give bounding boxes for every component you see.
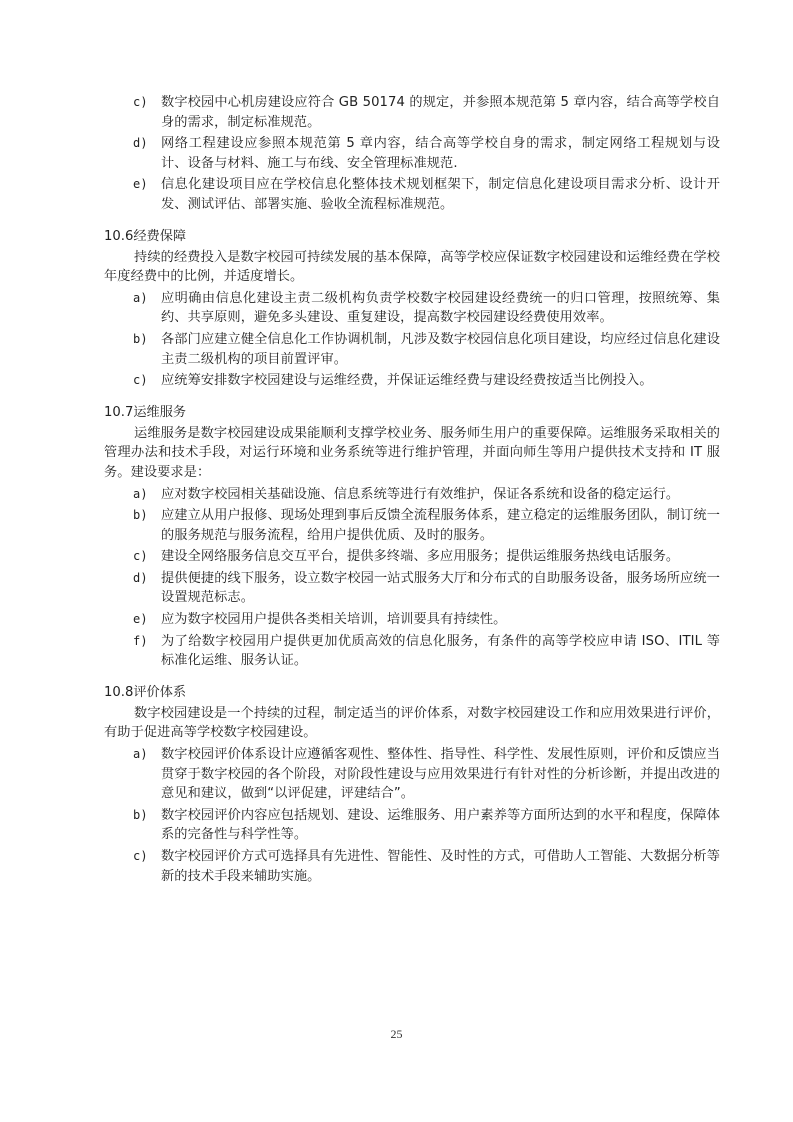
list-marker: a) — [133, 289, 148, 309]
list-item-text: 建设全网络服务信息交互平台，提供多终端、多应用服务；提供运维服务热线电话服务。 — [161, 549, 679, 564]
list-marker: b) — [133, 330, 148, 350]
list-marker: b) — [133, 506, 148, 526]
list-item-text: 应统筹安排数字校园建设与运维经费，并保证运维经费与建设经费按适当比例投入。 — [161, 373, 653, 388]
list-item: d) 提供便捷的线下服务，设立数字校园一站式服务大厅和分布式的自助服务设备，服务… — [104, 569, 720, 608]
section-heading: 10.6经费保障 — [104, 227, 720, 247]
list-item-text: 应建立从用户报修、现场处理到事后反馈全流程服务体系，建立稳定的运维服务团队，制订… — [161, 508, 720, 543]
list-marker: a) — [133, 485, 148, 505]
list-item-text: 数字校园评价方式可选择具有先进性、智能性、及时性的方式，可借助人工智能、大数据分… — [161, 849, 720, 884]
list-item: a) 应对数字校园相关基础设施、信息系统等进行有效维护，保证各系统和设备的稳定运… — [104, 485, 720, 505]
list-item-text: 提供便捷的线下服务，设立数字校园一站式服务大厅和分布式的自助服务设备，服务场所应… — [161, 571, 720, 606]
list-marker: c) — [133, 847, 148, 867]
list-item-text: 信息化建设项目应在学校信息化整体技术规划框架下，制定信息化建设项目需求分析、设计… — [161, 177, 720, 212]
list-item: b) 各部门应建立健全信息化工作协调机制，凡涉及数字校园信息化项目建设，均应经过… — [104, 330, 720, 369]
list-marker: e) — [133, 175, 148, 195]
list-marker: e) — [133, 610, 148, 630]
list-item-text: 为了给数字校园用户提供更加优质高效的信息化服务，有条件的高等学校应申请 ISO、… — [161, 634, 720, 669]
list-marker: b) — [133, 806, 148, 826]
list-item: c) 数字校园中心机房建设应符合 GB 50174 的规定，并参照本规范第 5 … — [104, 93, 720, 132]
list-marker: c) — [133, 547, 148, 567]
list-item-text: 应为数字校园用户提供各类相关培训，培训要具有持续性。 — [161, 612, 506, 627]
section-operations: 10.7运维服务 运维服务是数字校园建设成果能顺利支撑学校业务、服务师生用户的重… — [104, 403, 720, 671]
list-item: d) 网络工程建设应参照本规范第 5 章内容，结合高等学校自身的需求，制定网络工… — [104, 134, 720, 173]
list-marker: d) — [133, 569, 148, 589]
list-item-text: 数字校园评价内容应包括规划、建设、运维服务、用户素养等方面所达到的水平和程度，保… — [161, 808, 720, 843]
list-item-text: 数字校园中心机房建设应符合 GB 50174 的规定，并参照本规范第 5 章内容… — [161, 95, 720, 130]
section-heading: 10.8评价体系 — [104, 683, 720, 703]
list-item: c) 建设全网络服务信息交互平台，提供多终端、多应用服务；提供运维服务热线电话服… — [104, 547, 720, 567]
list-item: c) 应统筹安排数字校园建设与运维经费，并保证运维经费与建设经费按适当比例投入。 — [104, 371, 720, 391]
section-evaluation: 10.8评价体系 数字校园建设是一个持续的过程，制定适当的评价体系，对数字校园建… — [104, 683, 720, 886]
list-item: e) 应为数字校园用户提供各类相关培训，培训要具有持续性。 — [104, 610, 720, 630]
list-item: b) 数字校园评价内容应包括规划、建设、运维服务、用户素养等方面所达到的水平和程… — [104, 806, 720, 845]
list-item: e) 信息化建设项目应在学校信息化整体技术规划框架下，制定信息化建设项目需求分析… — [104, 175, 720, 214]
list-marker: f) — [133, 632, 148, 652]
list-item: f) 为了给数字校园用户提供更加优质高效的信息化服务，有条件的高等学校应申请 I… — [104, 632, 720, 671]
page-number: 25 — [0, 1027, 793, 1042]
document-page: c) 数字校园中心机房建设应符合 GB 50174 的规定，并参照本规范第 5 … — [104, 93, 720, 888]
section-paragraph: 运维服务是数字校园建设成果能顺利支撑学校业务、服务师生用户的重要保障。运维服务采… — [104, 424, 720, 483]
list-item: a) 应明确由信息化建设主责二级机构负责学校数字校园建设经费统一的归口管理，按照… — [104, 289, 720, 328]
list-marker: c) — [133, 371, 148, 391]
list-item: b) 应建立从用户报修、现场处理到事后反馈全流程服务体系，建立稳定的运维服务团队… — [104, 506, 720, 545]
list-item: a) 数字校园评价体系设计应遵循客观性、整体性、指导性、科学性、发展性原则，评价… — [104, 745, 720, 804]
list-marker: c) — [133, 93, 148, 113]
list-item-text: 各部门应建立健全信息化工作协调机制，凡涉及数字校园信息化项目建设，均应经过信息化… — [161, 332, 720, 367]
section-funding: 10.6经费保障 持续的经费投入是数字校园可持续发展的基本保障，高等学校应保证数… — [104, 227, 720, 391]
list-item-text: 应明确由信息化建设主责二级机构负责学校数字校园建设经费统一的归口管理，按照统筹、… — [161, 291, 720, 326]
intro-list: c) 数字校园中心机房建设应符合 GB 50174 的规定，并参照本规范第 5 … — [104, 93, 720, 215]
list-marker: d) — [133, 134, 148, 154]
list-item: c) 数字校园评价方式可选择具有先进性、智能性、及时性的方式，可借助人工智能、大… — [104, 847, 720, 886]
section-heading: 10.7运维服务 — [104, 403, 720, 423]
list-marker: a) — [133, 745, 148, 765]
list-item-text: 应对数字校园相关基础设施、信息系统等进行有效维护，保证各系统和设备的稳定运行。 — [161, 487, 679, 502]
list-item-text: 数字校园评价体系设计应遵循客观性、整体性、指导性、科学性、发展性原则，评价和反馈… — [161, 747, 720, 801]
list-item-text: 网络工程建设应参照本规范第 5 章内容，结合高等学校自身的需求，制定网络工程规划… — [161, 136, 720, 171]
section-paragraph: 持续的经费投入是数字校园可持续发展的基本保障，高等学校应保证数字校园建设和运维经… — [104, 248, 720, 287]
section-paragraph: 数字校园建设是一个持续的过程，制定适当的评价体系，对数字校园建设工作和应用效果进… — [104, 704, 720, 743]
